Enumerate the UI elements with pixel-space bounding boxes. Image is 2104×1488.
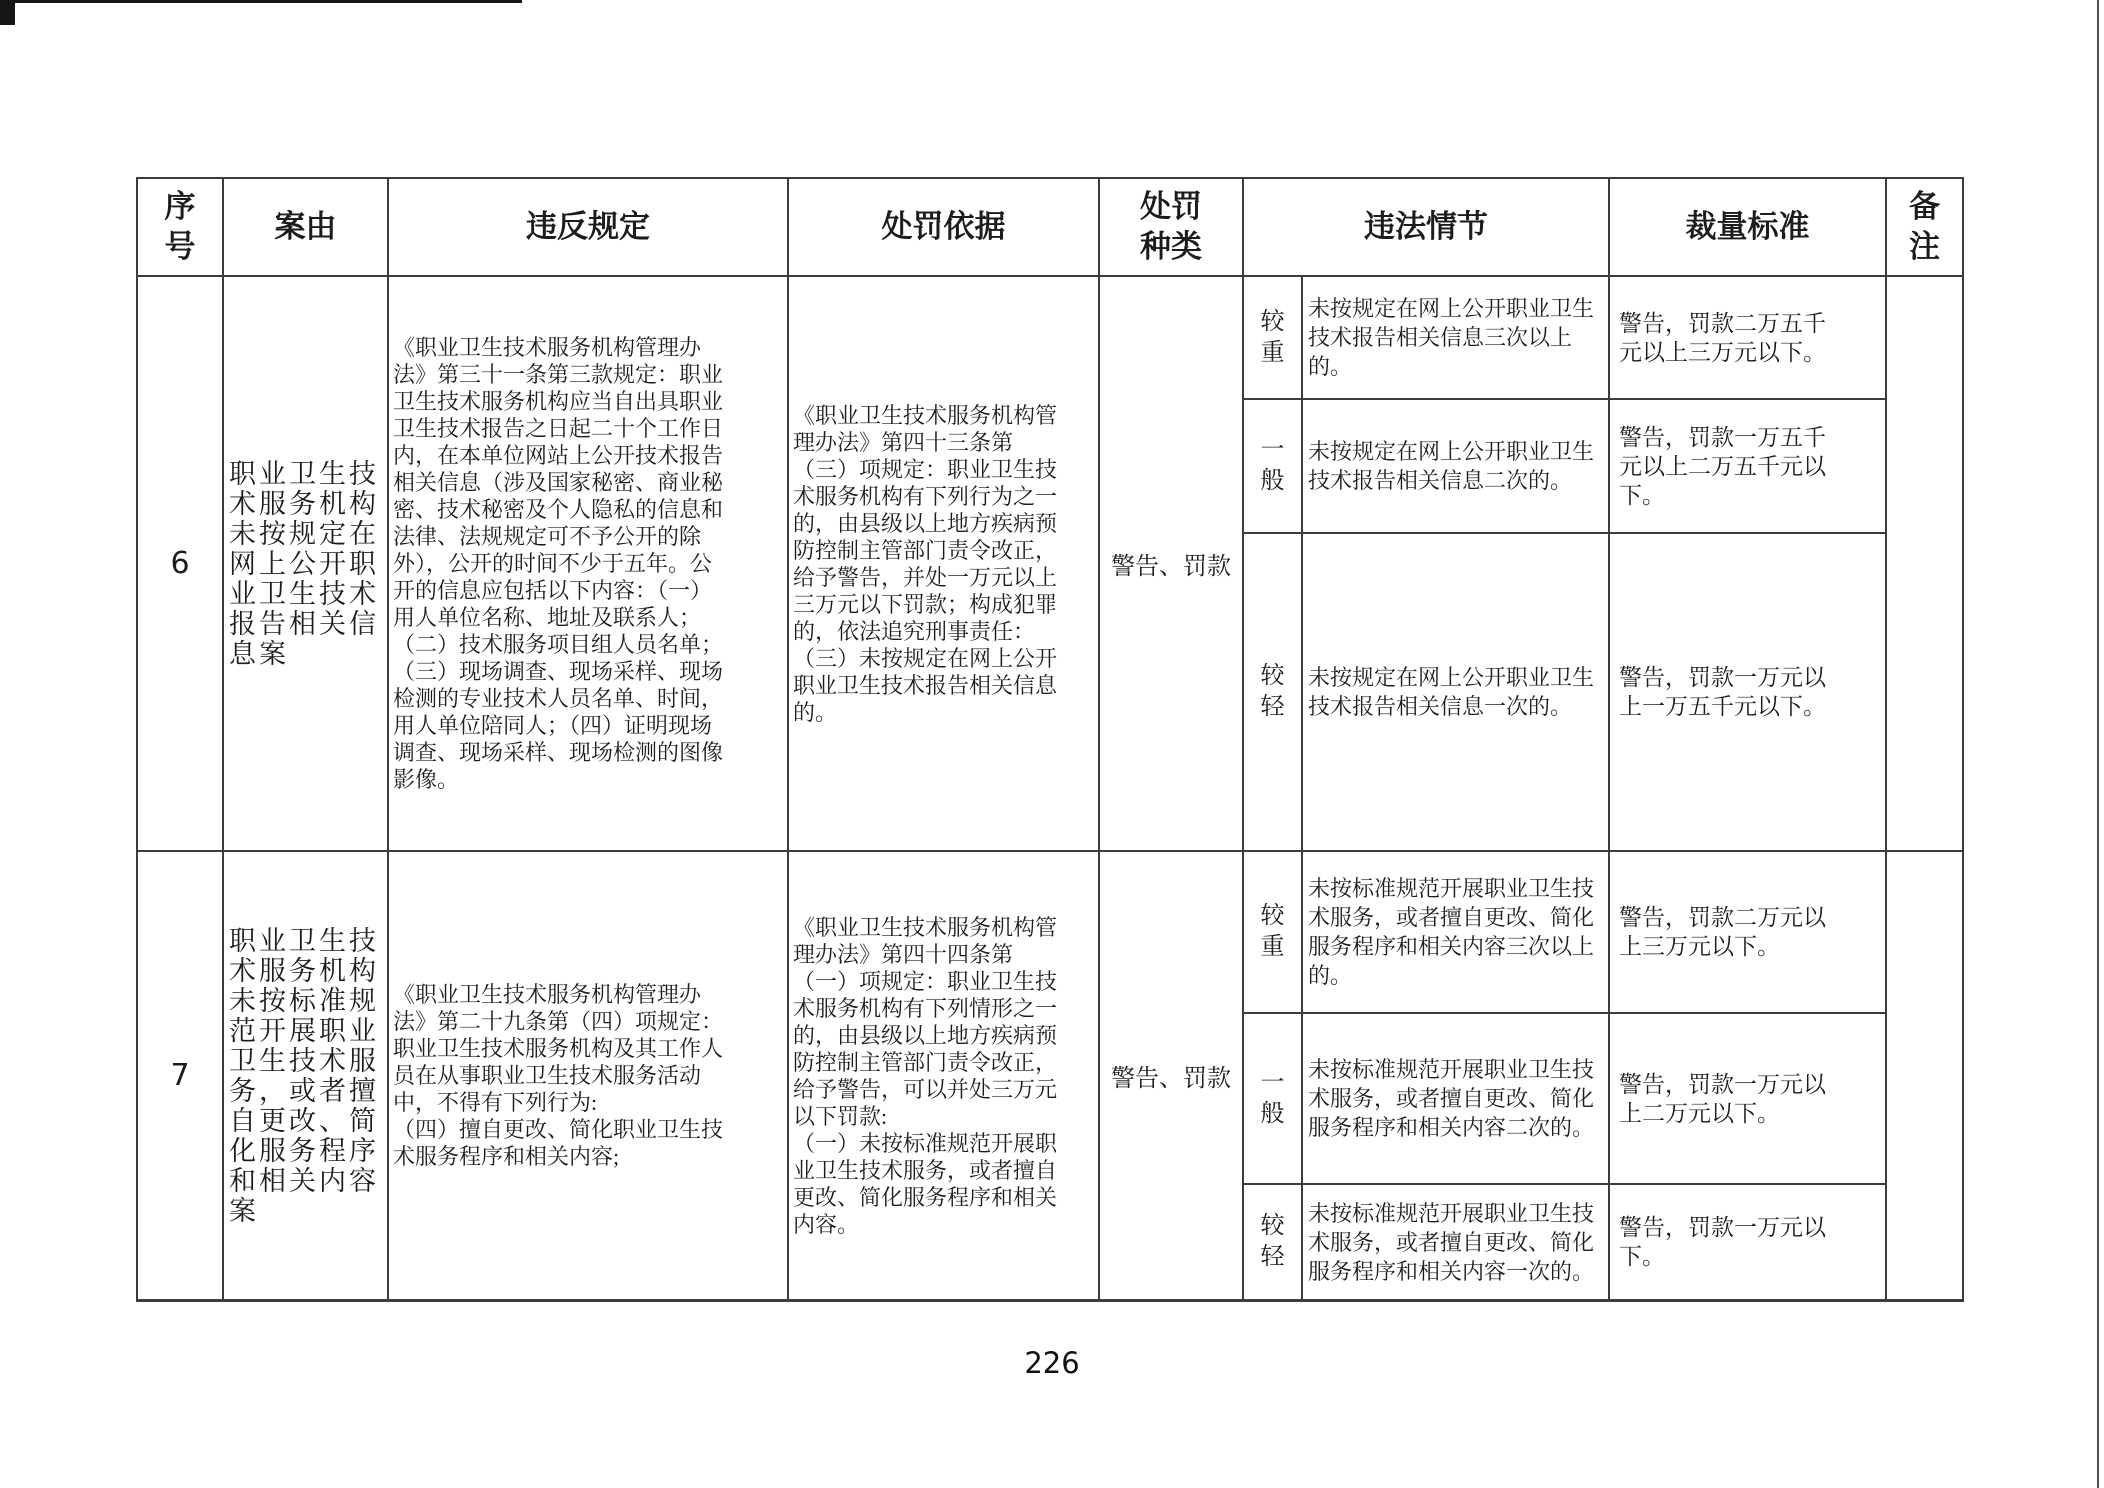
row-6-severity-heavier: 较重 [1244, 277, 1303, 400]
row-6-severity-lighter: 较轻 [1244, 534, 1303, 852]
header-violation: 违反规定 [389, 179, 789, 277]
row-7-severity-general: 一般 [1244, 1014, 1303, 1185]
scan-artifact-corner-blob [0, 0, 15, 25]
row-7-violation-cell: 《职业卫生技术服务机构管理办 法》第二十九条第（四）项规定： 职业卫生技术服务机… [389, 852, 789, 1299]
row-6-penalty-type-cell: 警告、罚款 [1100, 277, 1244, 852]
row-7-basis-cell: 《职业卫生技术服务机构管 理办法》第四十四条第 （一）项规定：职业卫生技 术服务… [789, 852, 1100, 1299]
header-seq: 序 号 [138, 179, 224, 277]
row-6-seq-cell: 6 [138, 277, 224, 852]
row-7-standard-general: 警告，罚款一万元以 上二万元以下。 [1610, 1014, 1887, 1185]
scan-artifact-top-line [0, 0, 522, 3]
row-6-circumstance-lighter: 未按规定在网上公开职业卫生 技术报告相关信息一次的。 [1303, 534, 1610, 852]
header-case: 案由 [224, 179, 389, 277]
header-remark: 备 注 [1887, 179, 1962, 277]
row-7-standard-heavier: 警告，罚款二万元以 上三万元以下。 [1610, 852, 1887, 1014]
row-7-severity-lighter: 较轻 [1244, 1185, 1303, 1299]
row-7-seq-cell: 7 [138, 852, 224, 1299]
header-penalty-type: 处罚 种类 [1100, 179, 1244, 277]
row-6-severity-general: 一般 [1244, 400, 1303, 534]
row-6-circumstance-heavier: 未按规定在网上公开职业卫生 技术报告相关信息三次以上 的。 [1303, 277, 1610, 400]
row-7-case-cell: 职业卫生技 术服务机构 未按标准规 范开展职业 卫生技术服 务，或者擅 自更改、… [224, 852, 389, 1299]
header-standard: 裁量标准 [1610, 179, 1887, 277]
row-6-remark-cell [1887, 277, 1962, 852]
row-6-case-cell: 职业卫生技 术服务机构 未按规定在 网上公开职 业卫生技术 报告相关信 息案 [224, 277, 389, 852]
row-7-circumstance-general: 未按标准规范开展职业卫生技 术服务，或者擅自更改、简化 服务程序和相关内容二次的… [1303, 1014, 1610, 1185]
row-6-standard-lighter: 警告，罚款一万元以 上一万五千元以下。 [1610, 534, 1887, 852]
row-6-basis-cell: 《职业卫生技术服务机构管 理办法》第四十三条第 （三）项规定：职业卫生技 术服务… [789, 277, 1100, 852]
row-7-severity-heavier: 较重 [1244, 852, 1303, 1014]
row-7-standard-lighter: 警告，罚款一万元以 下。 [1610, 1185, 1887, 1299]
row-7-circumstance-heavier: 未按标准规范开展职业卫生技 术服务，或者擅自更改、简化 服务程序和相关内容三次以… [1303, 852, 1610, 1014]
header-circumstances: 违法情节 [1244, 179, 1610, 277]
row-7-circumstance-lighter: 未按标准规范开展职业卫生技 术服务，或者擅自更改、简化 服务程序和相关内容一次的… [1303, 1185, 1610, 1299]
page-number: 226 [0, 1346, 2104, 1380]
penalty-discretion-table: 序 号 案由 违反规定 处罚依据 处罚 种类 违法情节 裁量标准 备 注 6 职… [136, 177, 1964, 1302]
header-basis: 处罚依据 [789, 179, 1100, 277]
row-7-remark-cell [1887, 852, 1962, 1299]
row-6-violation-cell: 《职业卫生技术服务机构管理办 法》第三十一条第三款规定：职业 卫生技术服务机构应… [389, 277, 789, 852]
row-6-standard-heavier: 警告，罚款二万五千 元以上三万元以下。 [1610, 277, 1887, 400]
row-6-circumstance-general: 未按规定在网上公开职业卫生 技术报告相关信息二次的。 [1303, 400, 1610, 534]
row-6-standard-general: 警告，罚款一万五千 元以上二万五千元以 下。 [1610, 400, 1887, 534]
row-7-penalty-type-cell: 警告、罚款 [1100, 852, 1244, 1299]
scan-artifact-right-edge [2097, 0, 2099, 1488]
